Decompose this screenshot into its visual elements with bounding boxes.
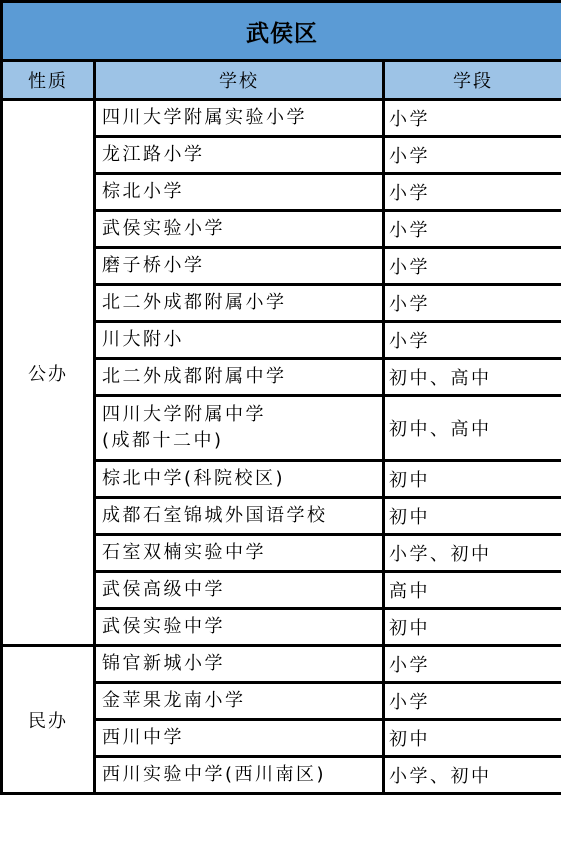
school-name-line: 武侯高级中学 <box>102 577 382 603</box>
school-name-line: 龙江路小学 <box>102 142 382 168</box>
school-name-cell: 棕北小学 <box>95 174 384 211</box>
table-title: 武侯区 <box>2 2 561 61</box>
school-name-cell: 龙江路小学 <box>95 137 384 174</box>
school-name-cell: 武侯高级中学 <box>95 572 384 609</box>
school-stage-cell: 初中 <box>384 609 561 646</box>
school-stage-cell: 小学 <box>384 174 561 211</box>
school-stage-cell: 初中、高中 <box>384 396 561 461</box>
school-name-line: 棕北中学(科院校区) <box>102 466 382 492</box>
school-name-cell: 金苹果龙南小学 <box>95 683 384 720</box>
school-stage-cell: 小学 <box>384 322 561 359</box>
school-name-line: 金苹果龙南小学 <box>102 688 382 714</box>
school-name-line: 武侯实验中学 <box>102 614 382 640</box>
school-stage-cell: 初中、高中 <box>384 359 561 396</box>
school-name-line: 磨子桥小学 <box>102 253 382 279</box>
school-name-cell: 北二外成都附属小学 <box>95 285 384 322</box>
school-name-cell: 武侯实验中学 <box>95 609 384 646</box>
school-name-cell: 西川实验中学(西川南区) <box>95 757 384 794</box>
school-table: 武侯区 性质 学校 学段 公办四川大学附属实验小学小学龙江路小学小学棕北小学小学… <box>0 0 561 795</box>
school-name-line: 成都石室锦城外国语学校 <box>102 503 382 529</box>
school-name-line: 北二外成都附属中学 <box>102 364 382 390</box>
school-name-cell: 成都石室锦城外国语学校 <box>95 498 384 535</box>
school-name-line: 四川大学附属中学 <box>102 402 382 428</box>
school-name-cell: 石室双楠实验中学 <box>95 535 384 572</box>
table-row: 公办四川大学附属实验小学小学 <box>2 100 561 137</box>
school-name-cell: 川大附小 <box>95 322 384 359</box>
school-stage-cell: 小学、初中 <box>384 757 561 794</box>
school-name-cell: 磨子桥小学 <box>95 248 384 285</box>
school-stage-cell: 小学 <box>384 248 561 285</box>
school-name-line: 西川实验中学(西川南区) <box>102 762 382 788</box>
ownership-type-cell: 民办 <box>2 646 95 794</box>
column-header-school: 学校 <box>95 61 384 100</box>
school-name-line: 西川中学 <box>102 725 382 751</box>
school-name-line: 武侯实验小学 <box>102 216 382 242</box>
school-name-cell: 武侯实验小学 <box>95 211 384 248</box>
school-stage-cell: 初中 <box>384 720 561 757</box>
school-name-cell: 西川中学 <box>95 720 384 757</box>
school-name-line: 锦官新城小学 <box>102 651 382 677</box>
school-name-cell: 棕北中学(科院校区) <box>95 461 384 498</box>
school-name-line: 川大附小 <box>102 327 382 353</box>
school-stage-cell: 小学 <box>384 285 561 322</box>
table-row: 民办锦官新城小学小学 <box>2 646 561 683</box>
school-stage-cell: 高中 <box>384 572 561 609</box>
table-body: 公办四川大学附属实验小学小学龙江路小学小学棕北小学小学武侯实验小学小学磨子桥小学… <box>2 100 561 794</box>
school-stage-cell: 小学 <box>384 646 561 683</box>
school-stage-cell: 初中 <box>384 461 561 498</box>
school-name-cell: 四川大学附属实验小学 <box>95 100 384 137</box>
school-stage-cell: 小学 <box>384 211 561 248</box>
school-name-line: 棕北小学 <box>102 179 382 205</box>
school-stage-cell: 小学 <box>384 137 561 174</box>
school-stage-cell: 小学 <box>384 683 561 720</box>
school-name-line: (成都十二中) <box>102 428 382 454</box>
school-name-line: 石室双楠实验中学 <box>102 540 382 566</box>
district-school-table-sheet: 武侯区 性质 学校 学段 公办四川大学附属实验小学小学龙江路小学小学棕北小学小学… <box>0 0 561 848</box>
school-name-cell: 四川大学附属中学(成都十二中) <box>95 396 384 461</box>
column-header-stage: 学段 <box>384 61 561 100</box>
school-name-cell: 北二外成都附属中学 <box>95 359 384 396</box>
column-header-type: 性质 <box>2 61 95 100</box>
ownership-type-cell: 公办 <box>2 100 95 646</box>
school-stage-cell: 初中 <box>384 498 561 535</box>
school-stage-cell: 小学、初中 <box>384 535 561 572</box>
school-stage-cell: 小学 <box>384 100 561 137</box>
school-name-cell: 锦官新城小学 <box>95 646 384 683</box>
school-name-line: 北二外成都附属小学 <box>102 290 382 316</box>
school-name-line: 四川大学附属实验小学 <box>102 105 382 131</box>
